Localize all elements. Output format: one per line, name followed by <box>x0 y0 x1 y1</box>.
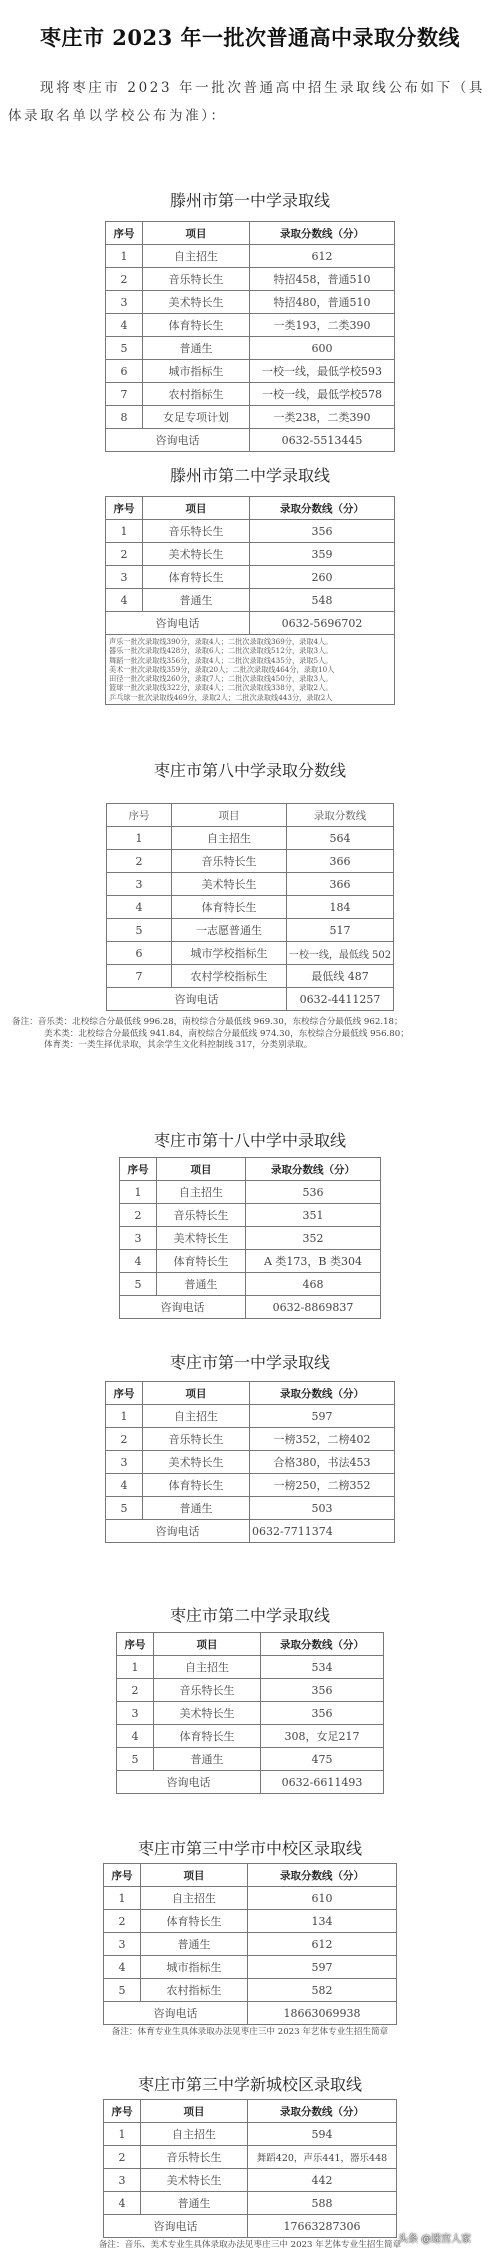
row-score: 一校一线，最低学校593 <box>250 360 395 383</box>
remark: 备注：音乐类：北校综合分最低线 996.28，南校综合分最低线 969.30，东… <box>12 1017 500 1052</box>
table-row: 4体育特长生184 <box>107 896 394 919</box>
score-table: 序号 项目 录取分数线 1自主招生564 2音乐特长生366 3美术特长生366… <box>106 803 394 1011</box>
school-section-zaozhuang-8: 枣庄市第八中学录取分数线 序号 项目 录取分数线 1自主招生564 2音乐特长生… <box>0 758 500 1052</box>
table-header-row: 序号 项目 录取分数线（分） <box>117 1633 384 1656</box>
table-row: 3美术特长生352 <box>120 1227 381 1250</box>
row-no: 4 <box>104 1956 141 1979</box>
header-score: 录取分数线（分） <box>250 497 395 520</box>
phone-row: 咨询电话0632-8869837 <box>120 1296 381 1319</box>
row-score: A 类173，B 类304 <box>246 1250 381 1273</box>
row-score: 352 <box>246 1227 381 1250</box>
row-score: 最低线 487 <box>287 965 394 988</box>
row-no: 7 <box>107 965 172 988</box>
row-no: 4 <box>107 896 172 919</box>
header-no: 序号 <box>104 1864 141 1887</box>
row-item: 音乐特长生 <box>143 268 250 291</box>
phone-row: 咨询电话0632-5696702 <box>106 612 395 635</box>
table-row: 2音乐特长生舞蹈420，声乐441，器乐448 <box>104 2146 397 2169</box>
row-item: 自主招生 <box>143 1405 250 1428</box>
note-line: 舞蹈一批次录取线356分，录取4人；二批次录取线435分，录取5人。 <box>109 656 391 665</box>
row-score: 308，女足217 <box>261 1725 384 1748</box>
row-score: 536 <box>246 1181 381 1204</box>
remark-line: 备注：体育专业生具体录取办法见枣庄三中 2023 年艺体专业生招生简章 <box>0 2027 500 2039</box>
header-score: 录取分数线（分） <box>250 222 395 245</box>
school-section-zaozhuang-3-xincheng: 枣庄市第三中学新城校区录取线 序号 项目 录取分数线（分） 1自主招生594 2… <box>0 2072 500 2252</box>
table-row: 5普通生475 <box>117 1748 384 1771</box>
school-section-tengzhou-1: 滕州市第一中学录取线 序号 项目 录取分数线（分） 1自主招生612 2音乐特长… <box>0 188 500 452</box>
row-item: 农村指标生 <box>141 1979 248 2002</box>
row-score: 359 <box>250 543 395 566</box>
phone-row: 咨询电话0632-7711374 <box>106 1520 395 1543</box>
row-no: 3 <box>104 1933 141 1956</box>
intro-paragraph: 现将枣庄市 2023 年一批次普通高中招生录取线公布如下（具体录取名单以学校公布… <box>8 74 492 130</box>
table-row: 3美术特长生442 <box>104 2169 397 2192</box>
page-title: 枣庄市 2023 年一批次普通高中录取分数线 <box>0 22 500 52</box>
phone-label: 咨询电话 <box>104 2002 248 2025</box>
row-no: 2 <box>104 1910 141 1933</box>
remark-line: 美术类：北校综合分最低线 941.84，南校综合分最低线 974.30，东校综合… <box>12 1029 500 1041</box>
note-line: 篮球一批次录取线322分，录取4人；二批次录取线338分，录取2人。 <box>109 683 391 692</box>
header-no: 序号 <box>107 804 172 827</box>
score-table: 序号 项目 录取分数线（分） 1自主招生612 2音乐特长生特招458，普通51… <box>105 221 395 452</box>
row-item: 美术特长生 <box>143 543 250 566</box>
row-item: 女足专项计划 <box>143 406 250 429</box>
row-no: 1 <box>107 827 172 850</box>
row-score: 588 <box>248 2192 397 2215</box>
row-no: 6 <box>107 942 172 965</box>
row-score: 356 <box>261 1679 384 1702</box>
row-no: 1 <box>106 520 143 543</box>
section-title: 枣庄市第三中学市中校区录取线 <box>0 1836 500 1859</box>
table-row: 5普通生503 <box>106 1497 395 1520</box>
table-row: 5普通生468 <box>120 1273 381 1296</box>
row-score: 一类238，二类390 <box>250 406 395 429</box>
phone-row: 咨询电话0632-4411257 <box>107 988 394 1011</box>
table-header-row: 序号 项目 录取分数线（分） <box>120 1158 381 1181</box>
row-item: 音乐特长生 <box>172 850 287 873</box>
row-score: 一榜250，二榜352 <box>250 1474 395 1497</box>
row-item: 农村指标生 <box>143 383 250 406</box>
row-no: 7 <box>106 383 143 406</box>
header-no: 序号 <box>120 1158 157 1181</box>
table-row: 4普通生588 <box>104 2192 397 2215</box>
phone-number: 17663287306 <box>248 2215 397 2238</box>
row-no: 4 <box>104 2192 141 2215</box>
row-no: 2 <box>107 850 172 873</box>
header-item: 项目 <box>154 1633 261 1656</box>
row-item: 一志愿普通生 <box>172 919 287 942</box>
row-item: 体育特长生 <box>172 896 287 919</box>
table-row: 2音乐特长生351 <box>120 1204 381 1227</box>
table-row: 4体育特长生一类193，二类390 <box>106 314 395 337</box>
table-row: 2音乐特长生356 <box>117 1679 384 1702</box>
table-row: 5普通生600 <box>106 337 395 360</box>
row-no: 1 <box>104 1887 141 1910</box>
row-score: 366 <box>287 873 394 896</box>
row-no: 3 <box>106 291 143 314</box>
row-item: 体育特长生 <box>154 1725 261 1748</box>
notes-cell: 声乐一批次录取线390分，录取4人；二批次录取线369分，录取4人。 器乐一批次… <box>106 635 395 705</box>
row-item: 音乐特长生 <box>143 1428 250 1451</box>
row-item: 城市指标生 <box>141 1956 248 1979</box>
table-row: 2音乐特长生366 <box>107 850 394 873</box>
school-section-zaozhuang-2: 枣庄市第二中学录取线 序号 项目 录取分数线（分） 1自主招生534 2音乐特长… <box>0 1603 500 1794</box>
row-score: 612 <box>248 1933 397 1956</box>
table-row: 7农村学校指标生最低线 487 <box>107 965 394 988</box>
section-title: 滕州市第二中学录取线 <box>0 463 500 486</box>
table-row: 4普通生548 <box>106 589 395 612</box>
row-item: 美术特长生 <box>172 873 287 896</box>
row-score: 594 <box>248 2123 397 2146</box>
phone-label: 咨询电话 <box>106 1520 250 1543</box>
row-score: 366 <box>287 850 394 873</box>
note-line: 声乐一批次录取线390分，录取4人；二批次录取线369分，录取4人。 <box>109 637 391 646</box>
row-item: 城市学校指标生 <box>172 942 287 965</box>
row-score: 534 <box>261 1656 384 1679</box>
row-no: 3 <box>106 1451 143 1474</box>
row-no: 2 <box>120 1204 157 1227</box>
phone-row: 咨询电话0632-6611493 <box>117 1771 384 1794</box>
table-row: 3普通生612 <box>104 1933 397 1956</box>
row-no: 1 <box>104 2123 141 2146</box>
school-section-zaozhuang-18: 枣庄市第十八中学中录取线 序号 项目 录取分数线（分） 1自主招生536 2音乐… <box>0 1128 500 1319</box>
row-score: 597 <box>248 1956 397 1979</box>
phone-number: 0632-8869837 <box>246 1296 381 1319</box>
row-score: 特招458，普通510 <box>250 268 395 291</box>
row-item: 美术特长生 <box>154 1702 261 1725</box>
table-header-row: 序号 项目 录取分数线（分） <box>106 497 395 520</box>
row-no: 1 <box>117 1656 154 1679</box>
row-score: 184 <box>287 896 394 919</box>
table-row: 1自主招生534 <box>117 1656 384 1679</box>
row-item: 普通生 <box>141 1933 248 1956</box>
section-title: 枣庄市第一中学录取线 <box>0 1350 500 1373</box>
row-no: 6 <box>106 360 143 383</box>
row-score: 564 <box>287 827 394 850</box>
row-item: 体育特长生 <box>143 314 250 337</box>
row-no: 8 <box>106 406 143 429</box>
table-row: 2美术特长生359 <box>106 543 395 566</box>
row-item: 自主招生 <box>157 1181 246 1204</box>
section-title: 枣庄市第十八中学中录取线 <box>0 1128 500 1151</box>
row-no: 5 <box>106 1497 143 1520</box>
section-title: 滕州市第一中学录取线 <box>0 188 500 211</box>
header-item: 项目 <box>172 804 287 827</box>
table-row: 4体育特长生A 类173，B 类304 <box>120 1250 381 1273</box>
row-item: 美术特长生 <box>143 291 250 314</box>
table-row: 1自主招生597 <box>106 1405 395 1428</box>
table-row: 2音乐特长生一榜352，二榜402 <box>106 1428 395 1451</box>
row-item: 体育特长生 <box>143 1474 250 1497</box>
row-score: 一校一线，最低线 502 <box>287 942 394 965</box>
row-item: 普通生 <box>143 337 250 360</box>
score-table: 序号 项目 录取分数线（分） 1音乐特长生356 2美术特长生359 3体育特长… <box>105 496 395 705</box>
row-score: 582 <box>248 1979 397 2002</box>
phone-label: 咨询电话 <box>120 1296 246 1319</box>
row-score: 134 <box>248 1910 397 1933</box>
table-row: 1自主招生610 <box>104 1887 397 1910</box>
phone-row: 咨询电话0632-5513445 <box>106 429 395 452</box>
row-item: 美术特长生 <box>141 2169 248 2192</box>
row-score: 一榜352，二榜402 <box>250 1428 395 1451</box>
row-score: 356 <box>250 520 395 543</box>
row-item: 普通生 <box>157 1273 246 1296</box>
score-table: 序号 项目 录取分数线（分） 1自主招生594 2音乐特长生舞蹈420，声乐44… <box>103 2099 397 2238</box>
row-score: 一校一线，最低学校578 <box>250 383 395 406</box>
table-row: 3美术特长生356 <box>117 1702 384 1725</box>
phone-number: 0632-5513445 <box>250 429 395 452</box>
row-item: 体育特长生 <box>143 566 250 589</box>
row-no: 5 <box>107 919 172 942</box>
watermark: 头条 @迷宫人家 <box>398 2230 471 2245</box>
row-item: 音乐特长生 <box>157 1204 246 1227</box>
header-score: 录取分数线（分） <box>250 1382 395 1405</box>
header-no: 序号 <box>117 1633 154 1656</box>
row-item: 城市指标生 <box>143 360 250 383</box>
table-row: 3美术特长生366 <box>107 873 394 896</box>
table-row: 5农村指标生582 <box>104 1979 397 2002</box>
section-title: 枣庄市第八中学录取分数线 <box>0 758 500 781</box>
table-row: 6城市指标生一校一线，最低学校593 <box>106 360 395 383</box>
table-row: 6城市学校指标生一校一线，最低线 502 <box>107 942 394 965</box>
row-item: 体育特长生 <box>157 1250 246 1273</box>
table-row: 1自主招生536 <box>120 1181 381 1204</box>
row-no: 5 <box>117 1748 154 1771</box>
row-item: 普通生 <box>143 1497 250 1520</box>
score-table: 序号 项目 录取分数线（分） 1自主招生610 2体育特长生134 3普通生61… <box>103 1863 397 2025</box>
table-row: 2音乐特长生特招458，普通510 <box>106 268 395 291</box>
row-no: 3 <box>117 1702 154 1725</box>
table-row: 2体育特长生134 <box>104 1910 397 1933</box>
row-no: 3 <box>106 566 143 589</box>
school-section-zaozhuang-3-shizhong: 枣庄市第三中学市中校区录取线 序号 项目 录取分数线（分） 1自主招生610 2… <box>0 1836 500 2039</box>
row-score: 475 <box>261 1748 384 1771</box>
phone-row: 咨询电话18663069938 <box>104 2002 397 2025</box>
row-item: 普通生 <box>141 2192 248 2215</box>
phone-label: 咨询电话 <box>104 2215 248 2238</box>
row-score: 612 <box>250 245 395 268</box>
header-item: 项目 <box>141 1864 248 1887</box>
row-item: 音乐特长生 <box>154 1679 261 1702</box>
row-score: 610 <box>248 1887 397 1910</box>
row-no: 1 <box>120 1181 157 1204</box>
row-score: 597 <box>250 1405 395 1428</box>
table-row: 1自主招生594 <box>104 2123 397 2146</box>
table-row: 4体育特长生一榜250，二榜352 <box>106 1474 395 1497</box>
row-no: 2 <box>117 1679 154 1702</box>
header-item: 项目 <box>141 2100 248 2123</box>
header-no: 序号 <box>106 497 143 520</box>
school-section-zaozhuang-1: 枣庄市第一中学录取线 序号 项目 录取分数线（分） 1自主招生597 2音乐特长… <box>0 1350 500 1543</box>
row-score: 一类193，二类390 <box>250 314 395 337</box>
header-item: 项目 <box>143 1382 250 1405</box>
note-line: 乒乓球一批次录取线469分，录取2人；二批次录取线443分，录取2人 <box>109 693 391 702</box>
header-item: 项目 <box>143 222 250 245</box>
row-no: 2 <box>106 543 143 566</box>
table-row: 3美术特长生合格380，书法453 <box>106 1451 395 1474</box>
row-item: 美术特长生 <box>143 1451 250 1474</box>
row-score: 260 <box>250 566 395 589</box>
phone-row: 咨询电话17663287306 <box>104 2215 397 2238</box>
school-section-tengzhou-2: 滕州市第二中学录取线 序号 项目 录取分数线（分） 1音乐特长生356 2美术特… <box>0 463 500 705</box>
phone-number: 0632-4411257 <box>287 988 394 1011</box>
row-score: 468 <box>246 1273 381 1296</box>
header-item: 项目 <box>157 1158 246 1181</box>
row-no: 4 <box>106 314 143 337</box>
table-row: 5一志愿普通生517 <box>107 919 394 942</box>
row-score: 548 <box>250 589 395 612</box>
row-no: 5 <box>106 337 143 360</box>
row-score: 600 <box>250 337 395 360</box>
row-no: 4 <box>117 1725 154 1748</box>
row-item: 普通生 <box>154 1748 261 1771</box>
table-header-row: 序号 项目 录取分数线（分） <box>106 222 395 245</box>
row-item: 农村学校指标生 <box>172 965 287 988</box>
table-row: 4城市指标生597 <box>104 1956 397 1979</box>
note-line: 田径一批次录取线260分，录取7人；二批次录取线450分，录取3人。 <box>109 674 391 683</box>
row-item: 自主招生 <box>141 2123 248 2146</box>
phone-number: 0632-5696702 <box>250 612 395 635</box>
row-item: 自主招生 <box>154 1656 261 1679</box>
score-table: 序号 项目 录取分数线（分） 1自主招生597 2音乐特长生一榜352，二榜40… <box>105 1381 395 1543</box>
header-score: 录取分数线（分） <box>248 2100 397 2123</box>
row-no: 3 <box>107 873 172 896</box>
phone-number: 0632-6611493 <box>261 1771 384 1794</box>
header-item: 项目 <box>143 497 250 520</box>
table-row: 1音乐特长生356 <box>106 520 395 543</box>
row-score: 351 <box>246 1204 381 1227</box>
note-line: 美术一批次录取线359分，录取20人；二批次录取线464分，录取10人 <box>109 665 391 674</box>
row-item: 美术特长生 <box>157 1227 246 1250</box>
row-item: 自主招生 <box>172 827 287 850</box>
header-score: 录取分数线（分） <box>246 1158 381 1181</box>
section-title: 枣庄市第二中学录取线 <box>0 1603 500 1626</box>
table-header-row: 序号 项目 录取分数线 <box>107 804 394 827</box>
header-score: 录取分数线（分） <box>248 1864 397 1887</box>
section-title: 枣庄市第三中学新城校区录取线 <box>0 2072 500 2095</box>
header-score: 录取分数线（分） <box>261 1633 384 1656</box>
notes-row: 声乐一批次录取线390分，录取4人；二批次录取线369分，录取4人。 器乐一批次… <box>106 635 395 705</box>
table-row: 1自主招生564 <box>107 827 394 850</box>
row-score: 517 <box>287 919 394 942</box>
row-item: 音乐特长生 <box>141 2146 248 2169</box>
row-item: 自主招生 <box>143 245 250 268</box>
row-score: 合格380，书法453 <box>250 1451 395 1474</box>
header-score: 录取分数线 <box>287 804 394 827</box>
row-score: 442 <box>248 2169 397 2192</box>
phone-number: 0632-7711374 <box>250 1520 395 1543</box>
row-score: 503 <box>250 1497 395 1520</box>
row-no: 2 <box>104 2146 141 2169</box>
phone-number: 18663069938 <box>248 2002 397 2025</box>
table-row: 8女足专项计划一类238，二类390 <box>106 406 395 429</box>
table-header-row: 序号 项目 录取分数线（分） <box>106 1382 395 1405</box>
table-row: 3美术特长生特招480，普通510 <box>106 291 395 314</box>
row-no: 1 <box>106 1405 143 1428</box>
row-no: 4 <box>120 1250 157 1273</box>
score-table: 序号 项目 录取分数线（分） 1自主招生536 2音乐特长生351 3美术特长生… <box>119 1157 381 1319</box>
table-row: 4体育特长生308，女足217 <box>117 1725 384 1748</box>
row-no: 5 <box>120 1273 157 1296</box>
table-header-row: 序号 项目 录取分数线（分） <box>104 1864 397 1887</box>
table-row: 1自主招生612 <box>106 245 395 268</box>
row-item: 音乐特长生 <box>143 520 250 543</box>
row-no: 1 <box>106 245 143 268</box>
row-no: 3 <box>104 2169 141 2192</box>
row-item: 自主招生 <box>141 1887 248 1910</box>
row-no: 3 <box>120 1227 157 1250</box>
row-item: 体育特长生 <box>141 1910 248 1933</box>
table-row: 3体育特长生260 <box>106 566 395 589</box>
header-no: 序号 <box>104 2100 141 2123</box>
table-row: 7农村指标生一校一线，最低学校578 <box>106 383 395 406</box>
note-line: 器乐一批次录取线428分，录取6人；二批次录取线512分，录取3人。 <box>109 646 391 655</box>
row-score: 舞蹈420，声乐441，器乐448 <box>248 2146 397 2169</box>
row-no: 4 <box>106 589 143 612</box>
row-no: 2 <box>106 1428 143 1451</box>
row-score: 特招480，普通510 <box>250 291 395 314</box>
phone-label: 咨询电话 <box>106 429 250 452</box>
header-no: 序号 <box>106 1382 143 1405</box>
score-table: 序号 项目 录取分数线（分） 1自主招生534 2音乐特长生356 3美术特长生… <box>116 1632 384 1794</box>
remark-line: 体育类：一类生择优录取，其余学生文化科控制线 317，分类别录取。 <box>12 1040 500 1052</box>
row-no: 4 <box>106 1474 143 1497</box>
phone-label: 咨询电话 <box>117 1771 261 1794</box>
remark-line: 备注：音乐类：北校综合分最低线 996.28，南校综合分最低线 969.30，东… <box>12 1017 500 1029</box>
row-score: 356 <box>261 1702 384 1725</box>
header-no: 序号 <box>106 222 143 245</box>
row-no: 5 <box>104 1979 141 2002</box>
table-header-row: 序号 项目 录取分数线（分） <box>104 2100 397 2123</box>
phone-label: 咨询电话 <box>106 612 250 635</box>
phone-label: 咨询电话 <box>107 988 287 1011</box>
row-item: 普通生 <box>143 589 250 612</box>
row-no: 2 <box>106 268 143 291</box>
